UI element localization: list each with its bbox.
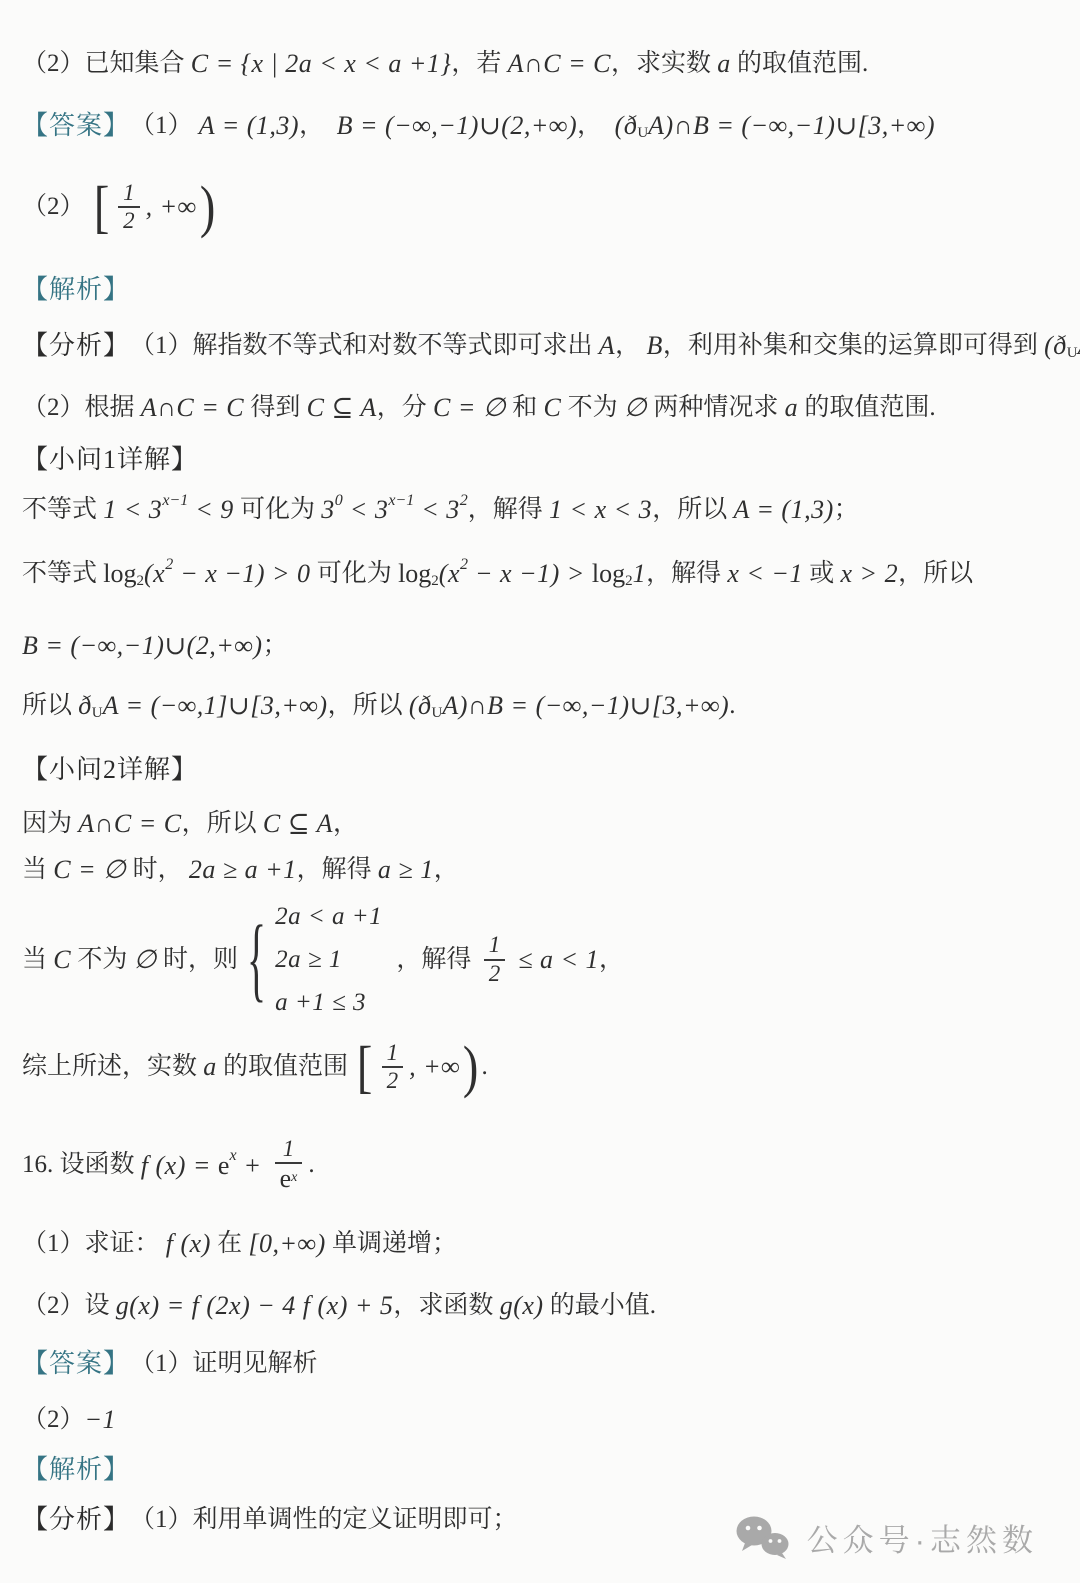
superscript: x — [291, 1170, 297, 1185]
text-run: 综上所述，实数 — [22, 1050, 203, 1084]
math-run: C = {x | 2a < x < a +1} — [191, 46, 452, 81]
math-run: < 9 — [188, 492, 234, 527]
text-run: ，所以 — [898, 557, 973, 591]
math-run: C = ∅ — [433, 390, 506, 425]
math-run: A — [599, 328, 615, 363]
subscript: 2 — [137, 571, 145, 591]
text-run: ，分 — [377, 391, 433, 425]
fraction-numerator: 1 — [382, 1040, 404, 1066]
math-run: ∅ — [134, 942, 157, 977]
superscript: 2 — [460, 490, 468, 512]
math-run: , +∞ — [146, 189, 197, 224]
math-run: a — [203, 1049, 217, 1084]
subscript: 2 — [625, 571, 633, 591]
fenxi-line-1: 【分析】（1）解指数不等式和对数不等式即可求出 A， B，利用补集和交集的运算即… — [22, 328, 1080, 363]
text-run: ，解得 — [390, 943, 478, 977]
math-solution-document: （2）已知集合 C = {x | 2a < x < a +1}，若 A∩C = … — [0, 0, 1080, 1583]
text-run: ， — [599, 943, 624, 977]
text-run: ， — [299, 109, 337, 143]
math-upright-run: log — [398, 556, 431, 591]
case-row: 2a ≥ 1 — [275, 943, 382, 977]
text-run: （2）已知集合 — [22, 47, 191, 81]
math-run: ð — [78, 688, 92, 723]
math-run: < 3 — [343, 492, 389, 527]
text-run: （1）利用单调性的定义证明即可； — [130, 1503, 518, 1537]
section-label: 【解析】 — [22, 272, 130, 307]
big-delimiter: ) — [200, 178, 215, 236]
text-run: （2） — [22, 1403, 85, 1437]
math-upright-run: e — [280, 1164, 292, 1193]
cases-system: {2a < a +12a ≥ 1a +1 ≤ 3 — [246, 900, 382, 1019]
text-run: ，解得 — [646, 557, 727, 591]
case-row: 2a < a +1 — [275, 900, 382, 934]
text-run: 得到 — [244, 391, 307, 425]
step-line-7-cases: 当 C 不为 ∅ 时，则{2a < a +12a ≥ 1a +1 ≤ 3 ，解得… — [22, 900, 624, 1019]
math-run: [0,+∞) — [248, 1226, 325, 1261]
math-run: A)∩B = (−∞,−1)∪[3,+∞) — [442, 688, 729, 723]
fenxi-line-2: （2）根据 A∩C = C 得到 C ⊆ A，分 C = ∅ 和 C 不为 ∅ … — [22, 390, 936, 425]
math-run: 3 — [321, 492, 335, 527]
jiexi-label-line: 【解析】 — [22, 272, 130, 307]
math-run: A = (1,3) — [733, 492, 833, 527]
math-run: (ð — [1044, 328, 1067, 363]
text-run: 两种情况求 — [647, 391, 785, 425]
math-run: A∩C = C — [78, 806, 181, 841]
superscript: x−1 — [388, 490, 414, 512]
text-run: （2）设 — [22, 1289, 116, 1323]
math-run: ∅ — [624, 390, 647, 425]
math-run: (x — [144, 556, 165, 591]
math-run: B — [646, 328, 662, 363]
text-run: 可化为 — [311, 557, 399, 591]
section-label: 【答案】 — [22, 1346, 130, 1381]
fraction-denominator: 2 — [382, 1066, 404, 1094]
conclusion-line: 综上所述，实数 a 的取值范围 [12, +∞). — [22, 1038, 488, 1096]
text-run: ， — [615, 329, 646, 363]
math-run: 2a ≥ a +1 — [189, 852, 297, 887]
math-run: f (x) — [166, 1226, 211, 1261]
math-run: 1 — [633, 556, 647, 591]
math-run: A∩C = C — [141, 390, 244, 425]
text-run: ； — [263, 629, 288, 663]
superscript: 0 — [335, 490, 343, 512]
fraction: 12 — [484, 932, 506, 987]
text-run: （1）解指数不等式和对数不等式即可求出 — [130, 329, 599, 363]
text-run: （2）根据 — [22, 391, 141, 425]
text-run: 的取值范围 — [217, 1050, 355, 1084]
text-run: ，求函数 — [393, 1289, 499, 1323]
section-label: 【解析】 — [22, 1452, 130, 1487]
math-run: (ð — [409, 688, 432, 723]
watermark-text: 公众号·志然数 — [807, 1515, 1038, 1560]
subq1-header: 【小问1详解】 — [22, 442, 198, 477]
text-run: ， — [434, 853, 459, 887]
text-run: ，求实数 — [611, 47, 717, 81]
fraction: 12 — [118, 180, 140, 235]
section-label: 【分析】 — [22, 328, 130, 363]
text-run: 因为 — [22, 807, 78, 841]
math-run: A = (1,3) — [199, 108, 299, 143]
math-run: f (x) = — [141, 1148, 218, 1183]
text-run: 的最小值. — [544, 1289, 657, 1323]
math-run: < 3 — [414, 492, 460, 527]
text-run: 16. 设函数 — [22, 1148, 141, 1182]
step-line-5: 因为 A∩C = C，所以 C ⊆ A， — [22, 806, 358, 841]
subq2-header: 【小问2详解】 — [22, 752, 198, 787]
math-run: A)∩B = (−∞,−1)∪[3,+∞) — [648, 108, 935, 143]
subscript: 2 — [431, 571, 439, 591]
math-run: C — [544, 390, 562, 425]
section-label: 【小问1详解】 — [22, 442, 198, 477]
math-run: − x −1) > — [468, 556, 592, 591]
wechat-icon — [735, 1514, 791, 1560]
text-run: ，所以 — [328, 689, 409, 723]
math-run: x < −1 — [727, 556, 803, 591]
math-run: a — [717, 46, 731, 81]
fraction-numerator: 1 — [118, 180, 140, 206]
text-run: ，若 — [451, 47, 507, 81]
superscript: 2 — [460, 554, 468, 576]
text-run: 和 — [506, 391, 544, 425]
text-run: 当 — [22, 943, 53, 977]
step-line-1: 不等式 1 < 3x−1 < 9 可化为 30 < 3x−1 < 32，解得 1… — [22, 492, 859, 527]
fraction-numerator: 1 — [278, 1136, 300, 1162]
section-label: 【小问2详解】 — [22, 752, 198, 787]
math-run: a — [785, 390, 799, 425]
math-upright-run: e — [218, 1148, 230, 1183]
text-run: . — [308, 1148, 314, 1182]
big-delimiter: ) — [463, 1038, 478, 1096]
math-run: C = ∅ — [53, 852, 126, 887]
math-run: −1 — [85, 1402, 117, 1437]
text-run: ，所以 — [182, 807, 263, 841]
text-run: 或 — [803, 557, 841, 591]
math-run: B = (−∞,−1)∪(2,+∞) — [337, 108, 578, 143]
math-run: 1 < x < 3 — [549, 492, 652, 527]
text-run: 不等式 — [22, 557, 103, 591]
q16-part2: （2）设 g(x) = f (2x) − 4 f (x) + 5，求函数 g(x… — [22, 1288, 656, 1323]
math-upright-run: log — [103, 556, 136, 591]
subscript: U — [1067, 343, 1078, 363]
text-run: ， — [333, 807, 358, 841]
math-run: (x — [439, 556, 460, 591]
math-run: A = (−∞,1]∪[3,+∞) — [103, 688, 328, 723]
subscript: U — [432, 703, 443, 723]
answer-line-2: （2） [12, +∞) — [22, 178, 218, 236]
math-run: x > 2 — [841, 556, 899, 591]
math-run: (ð — [615, 108, 638, 143]
q16-jiexi-label: 【解析】 — [22, 1452, 130, 1487]
text-run: . — [729, 689, 735, 723]
question-16: 16. 设函数 f (x) = ex + 1ex. — [22, 1136, 315, 1194]
text-run: 的取值范围. — [798, 391, 936, 425]
subscript: U — [637, 123, 648, 143]
math-run: C — [53, 942, 71, 977]
superscript: x — [229, 1145, 236, 1167]
text-run: 的取值范围. — [731, 47, 869, 81]
math-run: g(x) — [500, 1288, 544, 1323]
big-delimiter: [ — [357, 1038, 372, 1096]
watermark: 公众号·志然数 — [735, 1514, 1038, 1560]
case-row: a +1 ≤ 3 — [275, 986, 382, 1020]
step-line-4: 所以 ðUA = (−∞,1]∪[3,+∞)，所以 (ðUA)∩B = (−∞,… — [22, 688, 735, 723]
math-run: − x −1) > 0 — [173, 556, 310, 591]
math-run: g(x) = f (2x) − 4 f (x) + 5 — [116, 1288, 394, 1323]
fraction: 1ex — [275, 1136, 303, 1194]
superscript: x−1 — [162, 490, 188, 512]
step-line-2: 不等式 log2(x2 − x −1) > 0 可化为 log2(x2 − x … — [22, 556, 973, 591]
text-run: ，解得 — [468, 493, 549, 527]
text-run: 所以 — [22, 689, 78, 723]
math-run: , +∞ — [409, 1049, 460, 1084]
text-run: 可化为 — [234, 493, 322, 527]
fraction: 12 — [382, 1040, 404, 1095]
section-label: 【答案】 — [22, 108, 130, 143]
q16-answer-2: （2）−1 — [22, 1402, 116, 1437]
math-run: 1 < 3 — [103, 492, 162, 527]
text-run: 不为 — [71, 943, 134, 977]
text-run: （1）求证： — [22, 1227, 166, 1261]
text-run: ； — [834, 493, 859, 527]
step-line-6: 当 C = ∅ 时， 2a ≥ a +1，解得 a ≥ 1， — [22, 852, 459, 887]
text-run: 不为 — [561, 391, 624, 425]
fraction-denominator: 2 — [484, 959, 506, 987]
math-upright-run: log — [592, 556, 625, 591]
step-line-3: B = (−∞,−1)∪(2,+∞)； — [22, 628, 288, 663]
math-run: + — [237, 1148, 269, 1183]
section-label: 【分析】 — [22, 1502, 130, 1537]
text-run: ，所以 — [652, 493, 733, 527]
text-run: 单调递增； — [326, 1227, 457, 1261]
text-run: ， — [577, 109, 615, 143]
text-run: 时，则 — [157, 943, 238, 977]
superscript: 2 — [165, 554, 173, 576]
fraction-numerator: 1 — [484, 932, 506, 958]
math-run: B = (−∞,−1)∪(2,+∞) — [22, 628, 263, 663]
text-run: ，解得 — [297, 853, 378, 887]
fraction-denominator: ex — [275, 1162, 303, 1194]
math-run: a ≥ 1 — [378, 852, 434, 887]
math-run: C ⊆ A — [263, 806, 333, 841]
text-run: 在 — [211, 1227, 249, 1261]
subscript: U — [92, 703, 103, 723]
text-run: 时， — [126, 853, 189, 887]
math-run: ≤ a < 1 — [511, 942, 599, 977]
text-run: （1）证明见解析 — [130, 1347, 318, 1381]
left-brace: { — [247, 912, 266, 1007]
q16-fenxi-line: 【分析】（1）利用单调性的定义证明即可； — [22, 1502, 518, 1537]
text-run: . — [482, 1050, 488, 1084]
text-run: 当 — [22, 853, 53, 887]
q16-part1: （1）求证： f (x) 在 [0,+∞) 单调递增； — [22, 1226, 457, 1261]
math-run: C ⊆ A — [307, 390, 377, 425]
text-run: ，利用补集和交集的运算即可得到 — [663, 329, 1044, 363]
answer-line-1: 【答案】（1） A = (1,3)， B = (−∞,−1)∪(2,+∞)， (… — [22, 108, 935, 143]
big-delimiter: [ — [94, 178, 109, 236]
text-run: （1） — [130, 109, 199, 143]
q16-answer-1: 【答案】（1）证明见解析 — [22, 1346, 318, 1381]
question-2-text: （2）已知集合 C = {x | 2a < x < a +1}，若 A∩C = … — [22, 46, 868, 81]
text-run: （2） — [22, 190, 91, 224]
text-run: 不等式 — [22, 493, 103, 527]
fraction-denominator: 2 — [118, 206, 140, 234]
math-run: A∩C = C — [508, 46, 611, 81]
